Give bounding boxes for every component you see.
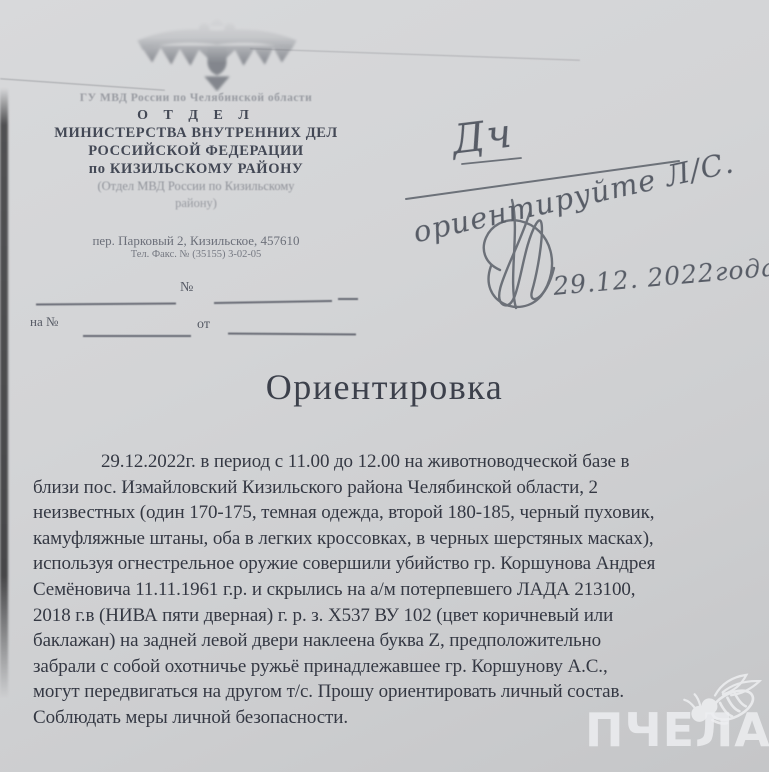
- parent-organization: ГУ МВД России по Челябинской области: [18, 92, 374, 104]
- coat-of-arms-eagle-emblem: [132, 16, 302, 92]
- document-title: Ориентировка: [0, 366, 769, 408]
- letterhead-address: пер. Парковый 2, Кизильское, 457610: [18, 233, 374, 249]
- bee-icon: [676, 672, 769, 734]
- handwritten-top-note: Дч: [449, 110, 516, 163]
- from-label: от: [197, 317, 210, 333]
- blank-line: [36, 303, 176, 306]
- letterhead-district: по КИЗИЛЬСКОМУ РАЙОНУ: [18, 160, 374, 178]
- blank-line: [83, 335, 191, 337]
- letterhead-otdel: О Т Д Е Л: [18, 108, 374, 124]
- letterhead-subname-2: району): [18, 195, 374, 212]
- letterhead-phone: Тел. Факс. № (35155) 3-02-05: [18, 249, 374, 260]
- body-line: забрали с собой охотничье ружьё принадле…: [33, 654, 753, 680]
- body-line: используя огнестрельное оружие совершили…: [33, 551, 753, 577]
- blank-line: [214, 300, 332, 304]
- body-line: баклажан) на задней левой двери наклеена…: [33, 628, 753, 654]
- body-line: 2018 г.в (НИВА пяти дверная) г. р. з. Х5…: [33, 603, 753, 629]
- body-line: близи пос. Измайловский Кизильского райо…: [33, 475, 753, 501]
- scanned-police-document: ГУ МВД России по Челябинской области О Т…: [0, 0, 769, 772]
- letterhead-ministry: МИНИСТЕРСТВА ВНУТРЕННИХ ДЕЛ: [18, 124, 374, 142]
- number-label: №: [180, 280, 193, 296]
- on-number-label: на №: [30, 314, 58, 330]
- handwritten-date: 29.12. 2022года: [552, 252, 769, 300]
- blank-line: [228, 333, 356, 335]
- letterhead: ГУ МВД России по Челябинской области О Т…: [18, 92, 374, 260]
- body-line: неизвестных (один 170-175, темная одежда…: [33, 500, 753, 526]
- body-line: могут передвигаться на другом т/с. Прошу…: [33, 679, 753, 705]
- document-body: 29.12.2022г. в период с 11.00 до 12.00 н…: [33, 449, 753, 731]
- letterhead-federation: РОССИЙСКОЙ ФЕДЕРАЦИИ: [18, 142, 374, 160]
- body-line: Семёновича 11.11.1961 г.р. и скрылись на…: [33, 577, 753, 603]
- body-line: камуфляжные штаны, оба в легких кроссовк…: [33, 526, 753, 552]
- body-line: 29.12.2022г. в период с 11.00 до 12.00 н…: [33, 449, 753, 475]
- blank-line: [338, 298, 358, 300]
- letterhead-subname-1: (Отдел МВД России по Кизильскому: [18, 178, 374, 195]
